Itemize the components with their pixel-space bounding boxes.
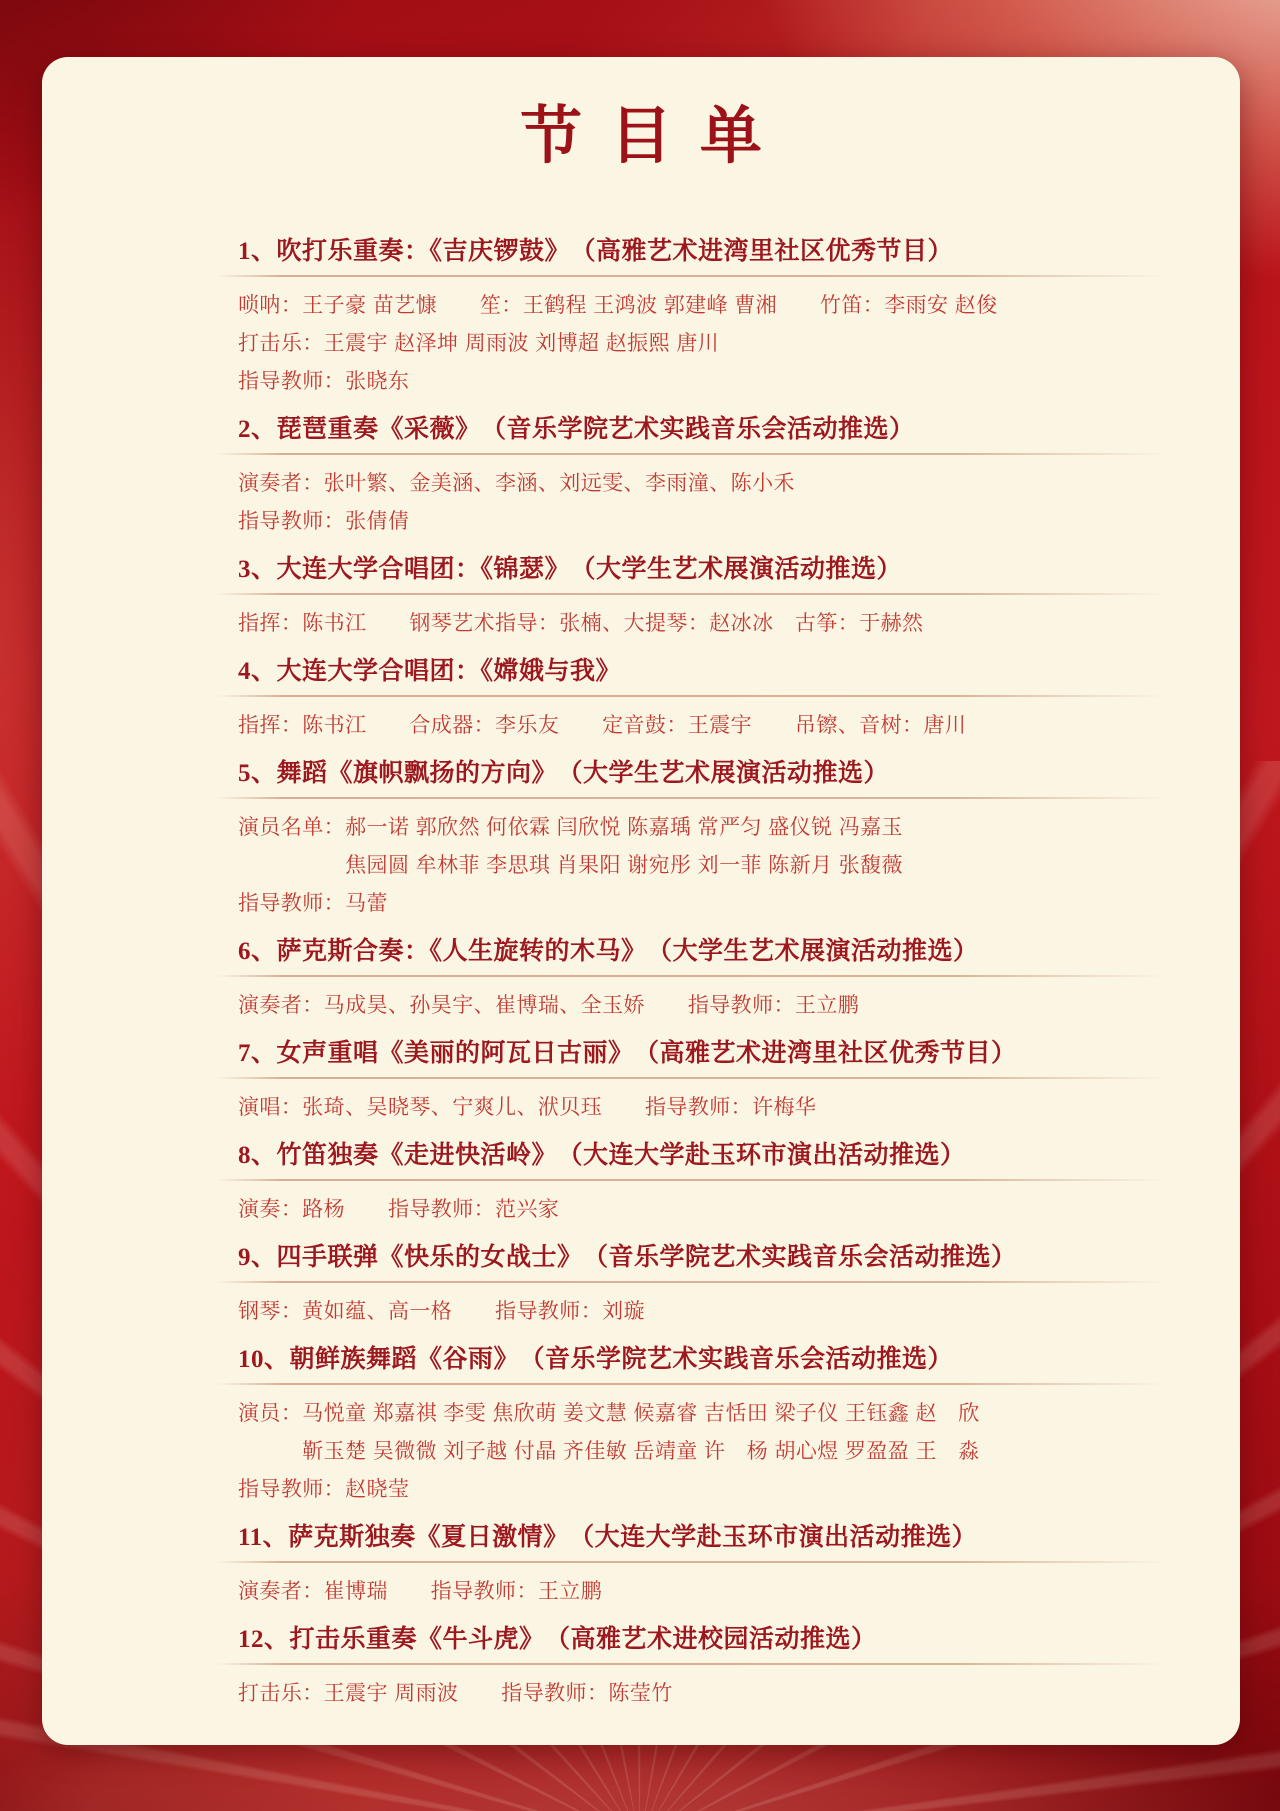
- program-item-detail: 打击乐：王震宇 周雨波 指导教师：陈莹竹: [238, 1675, 1184, 1713]
- program-item-detail: 靳玉楚 吴微微 刘子越 付晶 齐佳敏 岳靖童 许 杨 胡心煜 罗盈盈 王 淼: [238, 1433, 1184, 1471]
- program-item-11: 11、萨克斯独奏《夏日激情》 （大连大学赴玉环市演出活动推选） 演奏者：崔博瑞 …: [238, 1521, 1184, 1611]
- program-item-title: 9、四手联弹《快乐的女战士》 （音乐学院艺术实践音乐会活动推选）: [238, 1241, 1184, 1275]
- program-item-1: 1、吹打乐重奏：《吉庆锣鼓》 （高雅艺术进湾里社区优秀节目） 唢呐：王子豪 苗艺…: [238, 235, 1184, 401]
- divider: [216, 797, 1168, 799]
- program-item-8: 8、竹笛独奏《走进快活岭》 （大连大学赴玉环市演出活动推选） 演奏：路杨 指导教…: [238, 1139, 1184, 1229]
- program-item-2: 2、琵琶重奏《采薇》 （音乐学院艺术实践音乐会活动推选） 演奏者：张叶繁、金美涵…: [238, 413, 1184, 541]
- program-item-detail: 演奏者：马成昊、孙昊宇、崔博瑞、全玉娇 指导教师：王立鹏: [238, 987, 1184, 1025]
- divider: [216, 1561, 1168, 1563]
- program-item-title: 6、萨克斯合奏：《人生旋转的木马》 （大学生艺术展演活动推选）: [238, 935, 1184, 969]
- program-item-detail: 指导教师：张倩倩: [238, 503, 1184, 541]
- divider: [216, 1663, 1168, 1665]
- divider: [216, 1281, 1168, 1283]
- program-item-detail: 指导教师：赵晓莹: [238, 1471, 1184, 1509]
- program-item-detail: 演奏者：崔博瑞 指导教师：王立鹏: [238, 1573, 1184, 1611]
- program-item-title: 3、大连大学合唱团：《锦瑟》 （大学生艺术展演活动推选）: [238, 553, 1184, 587]
- program-item-detail: 指挥：陈书江 钢琴艺术指导：张楠、大提琴：赵冰冰 古筝：于赫然: [238, 605, 1184, 643]
- program-item-detail: 演员：马悦童 郑嘉祺 李雯 焦欣萌 姜文慧 候嘉睿 吉恬田 梁子仪 王钰鑫 赵 …: [238, 1395, 1184, 1433]
- divider: [216, 593, 1168, 595]
- program-item-title: 8、竹笛独奏《走进快活岭》 （大连大学赴玉环市演出活动推选）: [238, 1139, 1184, 1173]
- program-item-5: 5、舞蹈《旗帜飘扬的方向》 （大学生艺术展演活动推选） 演员名单：郝一诺 郭欣然…: [238, 757, 1184, 923]
- divider: [216, 275, 1168, 277]
- program-item-detail: 演唱：张琦、吴晓琴、宁爽儿、洑贝珏 指导教师：许梅华: [238, 1089, 1184, 1127]
- divider: [216, 1179, 1168, 1181]
- divider: [216, 453, 1168, 455]
- program-item-detail: 演奏：路杨 指导教师：范兴家: [238, 1191, 1184, 1229]
- program-item-detail: 指挥：陈书江 合成器：李乐友 定音鼓：王震宇 吊镲、音树：唐川: [238, 707, 1184, 745]
- program-item-detail: 打击乐：王震宇 赵泽坤 周雨波 刘博超 赵振熙 唐川: [238, 325, 1184, 363]
- program-item-detail: 钢琴：黄如蕴、高一格 指导教师：刘璇: [238, 1293, 1184, 1331]
- program-item-9: 9、四手联弹《快乐的女战士》 （音乐学院艺术实践音乐会活动推选） 钢琴：黄如蕴、…: [238, 1241, 1184, 1331]
- program-item-3: 3、大连大学合唱团：《锦瑟》 （大学生艺术展演活动推选） 指挥：陈书江 钢琴艺术…: [238, 553, 1184, 643]
- program-item-detail: 演员名单：郝一诺 郭欣然 何依霖 闫欣悦 陈嘉瑀 常严匀 盛仪锐 冯嘉玉: [238, 809, 1184, 847]
- page-title: 节目单: [98, 97, 1184, 177]
- program-item-title: 1、吹打乐重奏：《吉庆锣鼓》 （高雅艺术进湾里社区优秀节目）: [238, 235, 1184, 269]
- program-item-title: 2、琵琶重奏《采薇》 （音乐学院艺术实践音乐会活动推选）: [238, 413, 1184, 447]
- divider: [216, 695, 1168, 697]
- program-item-title: 10、朝鲜族舞蹈《谷雨》 （音乐学院艺术实践音乐会活动推选）: [238, 1343, 1184, 1377]
- program-card: 节目单 1、吹打乐重奏：《吉庆锣鼓》 （高雅艺术进湾里社区优秀节目） 唢呐：王子…: [42, 57, 1240, 1745]
- divider: [216, 1383, 1168, 1385]
- program-item-detail: 指导教师：张晓东: [238, 363, 1184, 401]
- program-item-title: 11、萨克斯独奏《夏日激情》 （大连大学赴玉环市演出活动推选）: [238, 1521, 1184, 1555]
- program-item-detail: 指导教师：马蕾: [238, 885, 1184, 923]
- program-item-6: 6、萨克斯合奏：《人生旋转的木马》 （大学生艺术展演活动推选） 演奏者：马成昊、…: [238, 935, 1184, 1025]
- program-item-10: 10、朝鲜族舞蹈《谷雨》 （音乐学院艺术实践音乐会活动推选） 演员：马悦童 郑嘉…: [238, 1343, 1184, 1509]
- program-item-title: 12、打击乐重奏《牛斗虎》 （高雅艺术进校园活动推选）: [238, 1623, 1184, 1657]
- divider: [216, 1077, 1168, 1079]
- program-item-detail: 演奏者：张叶繁、金美涵、李涵、刘远雯、李雨潼、陈小禾: [238, 465, 1184, 503]
- program-item-title: 4、大连大学合唱团：《嫦娥与我》: [238, 655, 1184, 689]
- program-item-12: 12、打击乐重奏《牛斗虎》 （高雅艺术进校园活动推选） 打击乐：王震宇 周雨波 …: [238, 1623, 1184, 1713]
- program-item-title: 5、舞蹈《旗帜飘扬的方向》 （大学生艺术展演活动推选）: [238, 757, 1184, 791]
- program-item-detail: 唢呐：王子豪 苗艺慷 笙：王鹤程 王鸿波 郭建峰 曹湘 竹笛：李雨安 赵俊: [238, 287, 1184, 325]
- program-item-4: 4、大连大学合唱团：《嫦娥与我》 指挥：陈书江 合成器：李乐友 定音鼓：王震宇 …: [238, 655, 1184, 745]
- program-item-detail: 焦园圆 牟林菲 李思琪 肖果阳 谢宛彤 刘一菲 陈新月 张馥薇: [238, 847, 1184, 885]
- program-item-7: 7、女声重唱《美丽的阿瓦日古丽》 （高雅艺术进湾里社区优秀节目） 演唱：张琦、吴…: [238, 1037, 1184, 1127]
- program-item-title: 7、女声重唱《美丽的阿瓦日古丽》 （高雅艺术进湾里社区优秀节目）: [238, 1037, 1184, 1071]
- divider: [216, 975, 1168, 977]
